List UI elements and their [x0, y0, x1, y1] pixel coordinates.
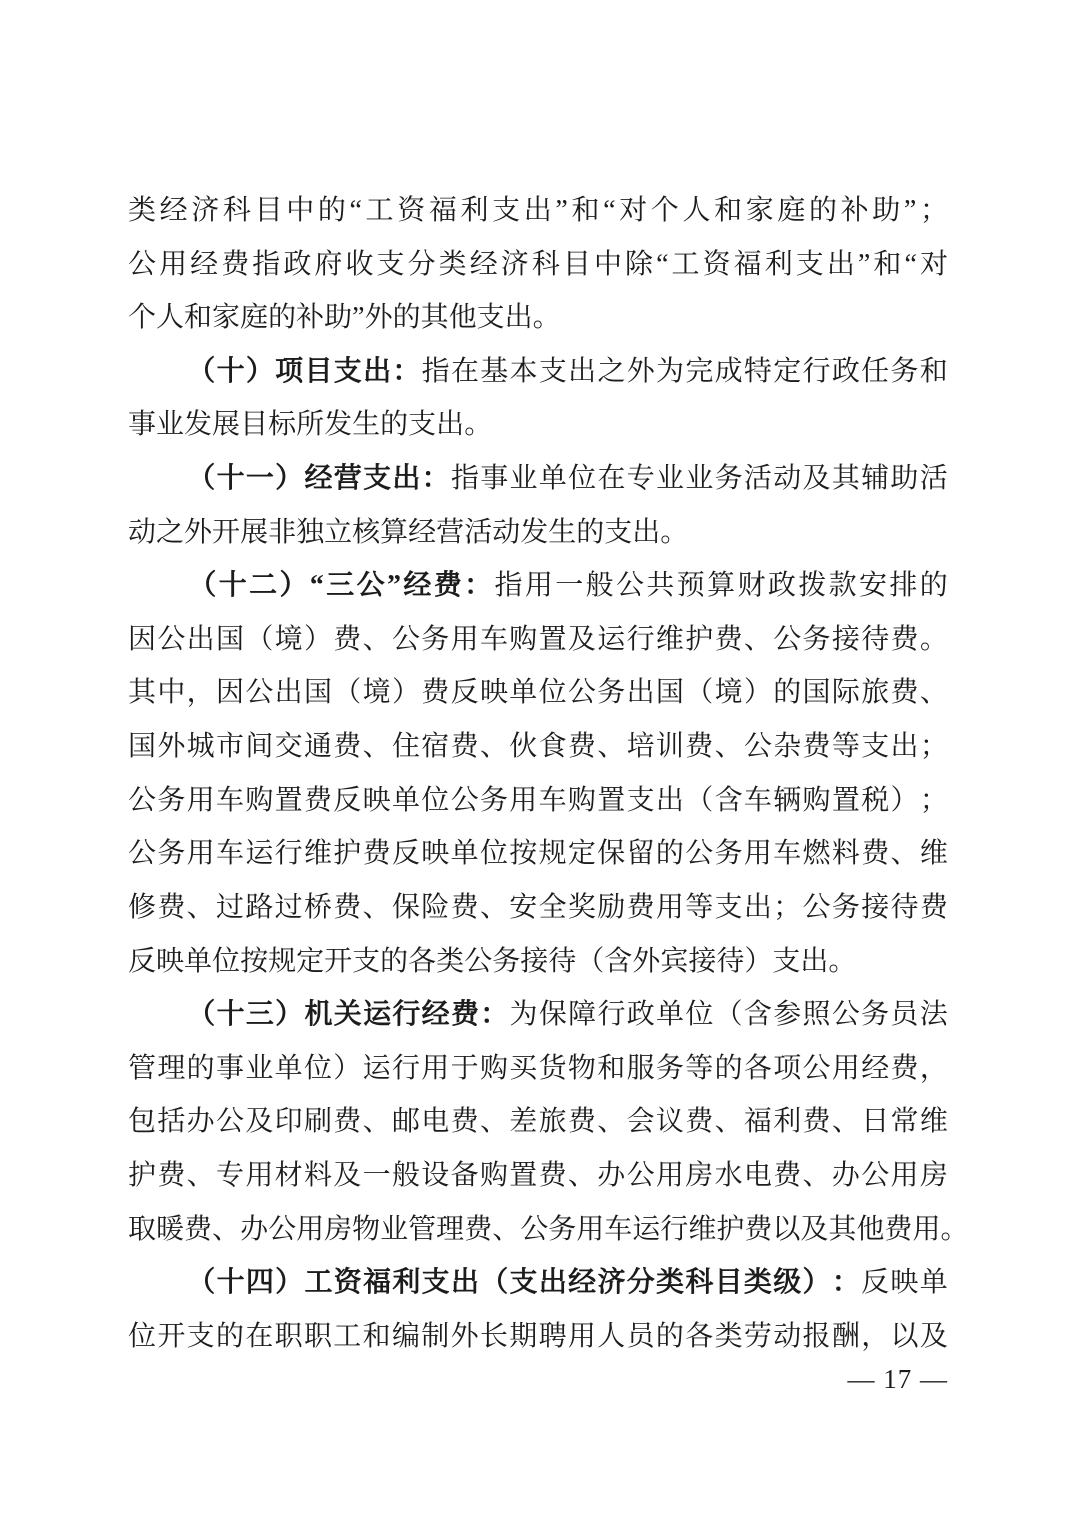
char: 参 [773, 988, 801, 1042]
char: 旅 [539, 1095, 567, 1149]
char: 保 [392, 881, 420, 935]
char: 及 [245, 1095, 273, 1149]
char: 支 [796, 238, 824, 292]
char: 映 [890, 1256, 918, 1310]
char: 业 [510, 452, 538, 506]
char: 费 [891, 613, 919, 667]
line-fill-spacer [492, 398, 948, 452]
char: 安 [859, 559, 887, 613]
char: 发 [184, 398, 212, 452]
char: 置 [597, 774, 625, 828]
char: 反 [861, 1256, 889, 1310]
char: 、 [920, 666, 948, 720]
char: 电 [744, 1149, 772, 1203]
char: 利 [765, 238, 793, 292]
char: 经 [403, 559, 431, 613]
char: 位 [539, 666, 567, 720]
char: 过 [216, 881, 244, 935]
char: 劳 [744, 1310, 772, 1364]
char: 分 [627, 1256, 655, 1310]
char: 费 [434, 559, 462, 613]
char: 路 [245, 881, 273, 935]
char: 般 [586, 559, 614, 613]
char: 全 [539, 881, 567, 935]
char: 国 [216, 613, 244, 667]
char: 在 [597, 452, 625, 506]
char: 分 [408, 238, 436, 292]
char: 行 [392, 988, 420, 1042]
char: 车 [216, 827, 244, 881]
char: ） [275, 988, 303, 1042]
char: 的 [380, 398, 408, 452]
char: 款 [829, 559, 857, 613]
char: 及 [568, 613, 596, 667]
char: 府 [314, 238, 342, 292]
char: 办 [597, 1149, 625, 1203]
char: 政 [832, 345, 860, 399]
char: 等 [685, 1042, 713, 1096]
char: 经 [422, 988, 450, 1042]
char: 非 [268, 506, 296, 560]
char: 事 [128, 398, 156, 452]
char: 一 [363, 1149, 391, 1203]
char: 目 [240, 398, 268, 452]
char: 补 [841, 184, 869, 238]
char: 十 [217, 452, 245, 506]
char: 指 [494, 559, 522, 613]
char: 聘 [539, 1310, 567, 1364]
char: 业 [380, 1203, 408, 1257]
char: 务 [421, 613, 449, 667]
char: 服 [627, 1042, 655, 1096]
char: 的 [187, 1042, 215, 1096]
char: 支 [377, 238, 405, 292]
char: 出 [451, 1256, 479, 1310]
char: 外 [184, 506, 212, 560]
char: （ [333, 666, 361, 720]
char: 车 [744, 774, 772, 828]
char: 为 [656, 345, 684, 399]
text-line: （十）项目支出：指在基本支出之外为完成特定行政任务和 [128, 345, 948, 399]
char: 务 [803, 613, 831, 667]
char: 资 [703, 238, 731, 292]
char: 酬 [832, 1310, 860, 1364]
char: 和 [184, 291, 212, 345]
char: 修 [128, 881, 156, 935]
char: 。 [828, 935, 856, 989]
char: 务 [832, 881, 860, 935]
char: 出 [656, 774, 684, 828]
char: 政 [627, 988, 655, 1042]
char: 福 [734, 238, 762, 292]
char: 购 [245, 774, 273, 828]
char: 公 [128, 827, 156, 881]
char: 经 [190, 238, 218, 292]
char: 城 [187, 720, 215, 774]
char: 独 [296, 506, 324, 560]
char: 类 [439, 238, 467, 292]
char: 维 [304, 827, 332, 881]
char: 单 [509, 666, 537, 720]
char: 家 [746, 184, 774, 238]
char: ； [920, 184, 948, 238]
char: 费 [451, 720, 479, 774]
char: 规 [539, 827, 567, 881]
text-line: 事业发展目标所发生的支出。 [128, 398, 948, 452]
char: 指 [451, 452, 479, 506]
char: 以 [772, 1203, 800, 1257]
char: 项 [275, 345, 303, 399]
char: 十 [217, 1256, 245, 1310]
char: 排 [889, 559, 917, 613]
char: 出 [744, 881, 772, 935]
char: 其 [128, 666, 156, 720]
char: 外 [627, 345, 655, 399]
char: 业 [656, 452, 684, 506]
char: 支 [477, 291, 505, 345]
char: 业 [245, 1042, 273, 1096]
char: 费 [920, 881, 948, 935]
char: 各 [408, 935, 436, 989]
char: 经 [160, 184, 188, 238]
text-line: 类经济科目中的“工资福利支出”和“对个人和家庭的补助”； [128, 184, 948, 238]
char: 费 [773, 1149, 801, 1203]
char: 印 [275, 1095, 303, 1149]
char: ” [555, 184, 567, 238]
char: 除 [625, 238, 653, 292]
char: 国 [656, 666, 684, 720]
char: 他 [856, 1203, 884, 1257]
char: 购 [803, 774, 831, 828]
char: 护 [333, 827, 361, 881]
char: 费 [627, 881, 655, 935]
char: 职 [304, 1310, 332, 1364]
char: 费 [333, 613, 361, 667]
page-number: — 17 — [128, 1362, 948, 1396]
text-line: 国外城市间交通费、住宿费、伙食费、培训费、公杂费等支出； [128, 720, 948, 774]
char: 家 [212, 291, 240, 345]
char: 的 [393, 291, 421, 345]
char: 障 [568, 988, 596, 1042]
char: 福 [429, 184, 457, 238]
char: 购 [480, 1149, 508, 1203]
char: 及 [920, 1310, 948, 1364]
char: ： [480, 988, 508, 1042]
char: 映 [156, 935, 184, 989]
char: 和 [873, 238, 901, 292]
char: ） [279, 559, 307, 613]
char: 其 [828, 1203, 856, 1257]
char: 政 [768, 559, 796, 613]
char: 公 [128, 774, 156, 828]
char: 公 [216, 1095, 244, 1149]
char: 中 [157, 666, 185, 720]
char: 费 [884, 1203, 912, 1257]
char: 庭 [777, 184, 805, 238]
text-line: 动之外开展非独立核算经营活动发生的支出。 [128, 506, 948, 560]
char: 利 [392, 1256, 420, 1310]
char: 位 [212, 935, 240, 989]
char: 用 [744, 827, 772, 881]
char: 动 [128, 506, 156, 560]
char: 支 [715, 881, 743, 935]
char: 业 [685, 452, 713, 506]
char: 十 [217, 345, 245, 399]
char: 用 [187, 774, 215, 828]
char: 等 [685, 881, 713, 935]
char: 、 [597, 1095, 625, 1149]
char: 过 [275, 881, 303, 935]
char: ： [422, 452, 450, 506]
char: 运 [363, 988, 391, 1042]
char: 及 [333, 1149, 361, 1203]
char: 机 [304, 988, 332, 1042]
char: 差 [509, 1095, 537, 1149]
char: 公 [245, 666, 273, 720]
char: 业 [156, 398, 184, 452]
char: 励 [597, 881, 625, 935]
char: 单 [392, 774, 420, 828]
char: 、 [363, 720, 391, 774]
char: 类 [715, 1310, 743, 1364]
char: （ [187, 988, 215, 1042]
char: 公 [268, 1203, 296, 1257]
char: 四 [246, 1256, 274, 1310]
char: 费 [744, 1203, 772, 1257]
char: 公 [803, 1042, 831, 1096]
char: 务 [548, 1203, 576, 1257]
char: ） [891, 774, 919, 828]
char: 购 [509, 613, 537, 667]
char: 设 [421, 1149, 449, 1203]
char: 支 [604, 506, 632, 560]
char: 类 [656, 1256, 684, 1310]
char: 法 [920, 988, 948, 1042]
text-line: 公务用车运行维护费反映单位按规定保留的公务用车燃料费、维 [128, 827, 948, 881]
char: 务 [157, 827, 185, 881]
char: 费 [421, 666, 449, 720]
char: 留 [627, 827, 655, 881]
char: （ [187, 345, 215, 399]
char: 支 [408, 398, 436, 452]
char: 映 [363, 774, 391, 828]
char: 开 [212, 506, 240, 560]
char: 成 [715, 345, 743, 399]
text-line: 公务用车购置费反映单位公务用车购置支出（含车辆购置税）； [128, 774, 948, 828]
char: 费 [451, 988, 479, 1042]
char: 算 [707, 559, 735, 613]
text-line: （十三）机关运行经费：为保障行政单位（含参照公务员法 [128, 988, 948, 1042]
document-page: 类经济科目中的“工资福利支出”和“对个人和家庭的补助”；公用经费指政府收支分类经… [0, 0, 1076, 1519]
char: 公 [464, 935, 492, 989]
char: 车 [216, 774, 244, 828]
char: 旅 [861, 666, 889, 720]
char: 的 [380, 935, 408, 989]
char: ； [773, 881, 801, 935]
char: ： [392, 345, 420, 399]
char: 购 [568, 774, 596, 828]
char: 险 [421, 881, 449, 935]
char: 运 [632, 1203, 660, 1257]
char: 费 [715, 613, 743, 667]
char: 和 [597, 1042, 625, 1096]
char: 日 [861, 1095, 889, 1149]
char: （ [576, 935, 604, 989]
char: 待 [891, 881, 919, 935]
char: 一 [246, 452, 274, 506]
char: 公 [392, 613, 420, 667]
char: 生 [352, 398, 380, 452]
char: 个 [651, 184, 679, 238]
char: 行 [627, 613, 655, 667]
char: 出 [568, 345, 596, 399]
char: 开 [324, 935, 352, 989]
text-line: 修费、过路过桥费、保险费、安全奖励费用等支出；公务接待费 [128, 881, 948, 935]
char: 报 [803, 1310, 831, 1364]
char: 经 [470, 238, 498, 292]
char: 、 [480, 720, 508, 774]
char: 费 [803, 720, 831, 774]
char: 维 [920, 827, 948, 881]
char: 科 [532, 238, 560, 292]
char: ） [304, 613, 332, 667]
char: 出 [436, 398, 464, 452]
char: 财 [737, 559, 765, 613]
char: 济 [501, 238, 529, 292]
char: 的 [216, 1310, 244, 1364]
char: 类 [128, 184, 156, 238]
char: 指 [252, 238, 280, 292]
char: 公 [685, 827, 713, 881]
paragraph-indent [128, 559, 186, 613]
char: 反 [333, 774, 361, 828]
char: 其 [421, 291, 449, 345]
char: 。 [660, 506, 688, 560]
line-fill-spacer [856, 935, 948, 989]
char: 房 [920, 1149, 948, 1203]
char: 十 [219, 559, 247, 613]
char: 和 [363, 1310, 391, 1364]
char: 特 [744, 345, 772, 399]
char: 按 [509, 827, 537, 881]
char: 公 [803, 881, 831, 935]
char: 支 [492, 184, 520, 238]
char: 目 [563, 238, 591, 292]
char: 中 [286, 184, 314, 238]
char: 动 [773, 452, 801, 506]
line-fill-spacer [688, 506, 948, 560]
char: ； [920, 720, 948, 774]
char: 、 [492, 1203, 520, 1257]
char: 基 [480, 345, 508, 399]
char: 行 [597, 988, 625, 1042]
char: 务 [480, 774, 508, 828]
char: 管 [128, 1042, 156, 1096]
char: 等 [832, 720, 860, 774]
char: 行 [660, 1203, 688, 1257]
char: 料 [304, 1149, 332, 1203]
char: 专 [216, 1149, 244, 1203]
char: 护 [128, 1149, 156, 1203]
char: 外 [157, 720, 185, 774]
char: 燃 [803, 827, 831, 881]
char: 十 [217, 988, 245, 1042]
text-line: 反映单位按规定开支的各类公务接待（含外宾接待）支出。 [128, 935, 948, 989]
char: 福 [744, 1095, 772, 1149]
char: 营 [436, 506, 464, 560]
char: 费 [891, 666, 919, 720]
char: 收 [345, 238, 373, 292]
char: 括 [157, 1095, 185, 1149]
char: 中 [594, 238, 622, 292]
char: 常 [891, 1095, 919, 1149]
text-line: （十四）工资福利支出（支出经济分类科目类级）：反映单 [128, 1256, 948, 1310]
paragraph-indent [128, 345, 186, 399]
char: 公 [128, 238, 156, 292]
char: 费 [861, 827, 889, 881]
char: 用 [451, 613, 479, 667]
char: “ [349, 184, 361, 238]
char: 因 [128, 613, 156, 667]
char: 以 [891, 1310, 919, 1364]
char: 位 [480, 827, 508, 881]
char: 电 [421, 1095, 449, 1149]
char: 料 [832, 827, 860, 881]
char: 伙 [509, 720, 537, 774]
char: 工 [672, 238, 700, 292]
char: 利 [773, 1095, 801, 1149]
char: 务 [861, 988, 889, 1042]
char: 支 [352, 935, 380, 989]
char: 。 [940, 1203, 968, 1257]
char: 用 [509, 774, 537, 828]
char: 费 [451, 1095, 479, 1149]
char: ） [744, 666, 772, 720]
char: 运 [597, 613, 625, 667]
char: 项 [773, 1042, 801, 1096]
char: 公 [616, 559, 644, 613]
char: 出 [539, 1256, 567, 1310]
char: 费 [891, 1042, 919, 1096]
char: 奖 [568, 881, 596, 935]
char: 单 [275, 1042, 303, 1096]
char: 用 [656, 1149, 684, 1203]
char: 经 [568, 1256, 596, 1310]
char: 邮 [392, 1095, 420, 1149]
char: “ [656, 238, 668, 292]
char: 支 [422, 1256, 450, 1310]
char: 待 [861, 613, 889, 667]
char: 置 [539, 613, 567, 667]
char: 目 [304, 345, 332, 399]
char: 费 [333, 881, 361, 935]
char: 费 [685, 1095, 713, 1149]
char: 置 [832, 774, 860, 828]
char: 买 [509, 1042, 537, 1096]
char: ） [333, 1042, 361, 1096]
char: 助 [890, 452, 918, 506]
char: 桥 [304, 881, 332, 935]
char: 经 [861, 1042, 889, 1096]
char: 福 [363, 1256, 391, 1310]
char: 境 [363, 666, 391, 720]
char: 期 [509, 1310, 537, 1364]
char: 的 [809, 184, 837, 238]
char: “ [904, 238, 916, 292]
char: 货 [539, 1042, 567, 1096]
char: 工 [304, 1256, 332, 1310]
char: 他 [449, 291, 477, 345]
